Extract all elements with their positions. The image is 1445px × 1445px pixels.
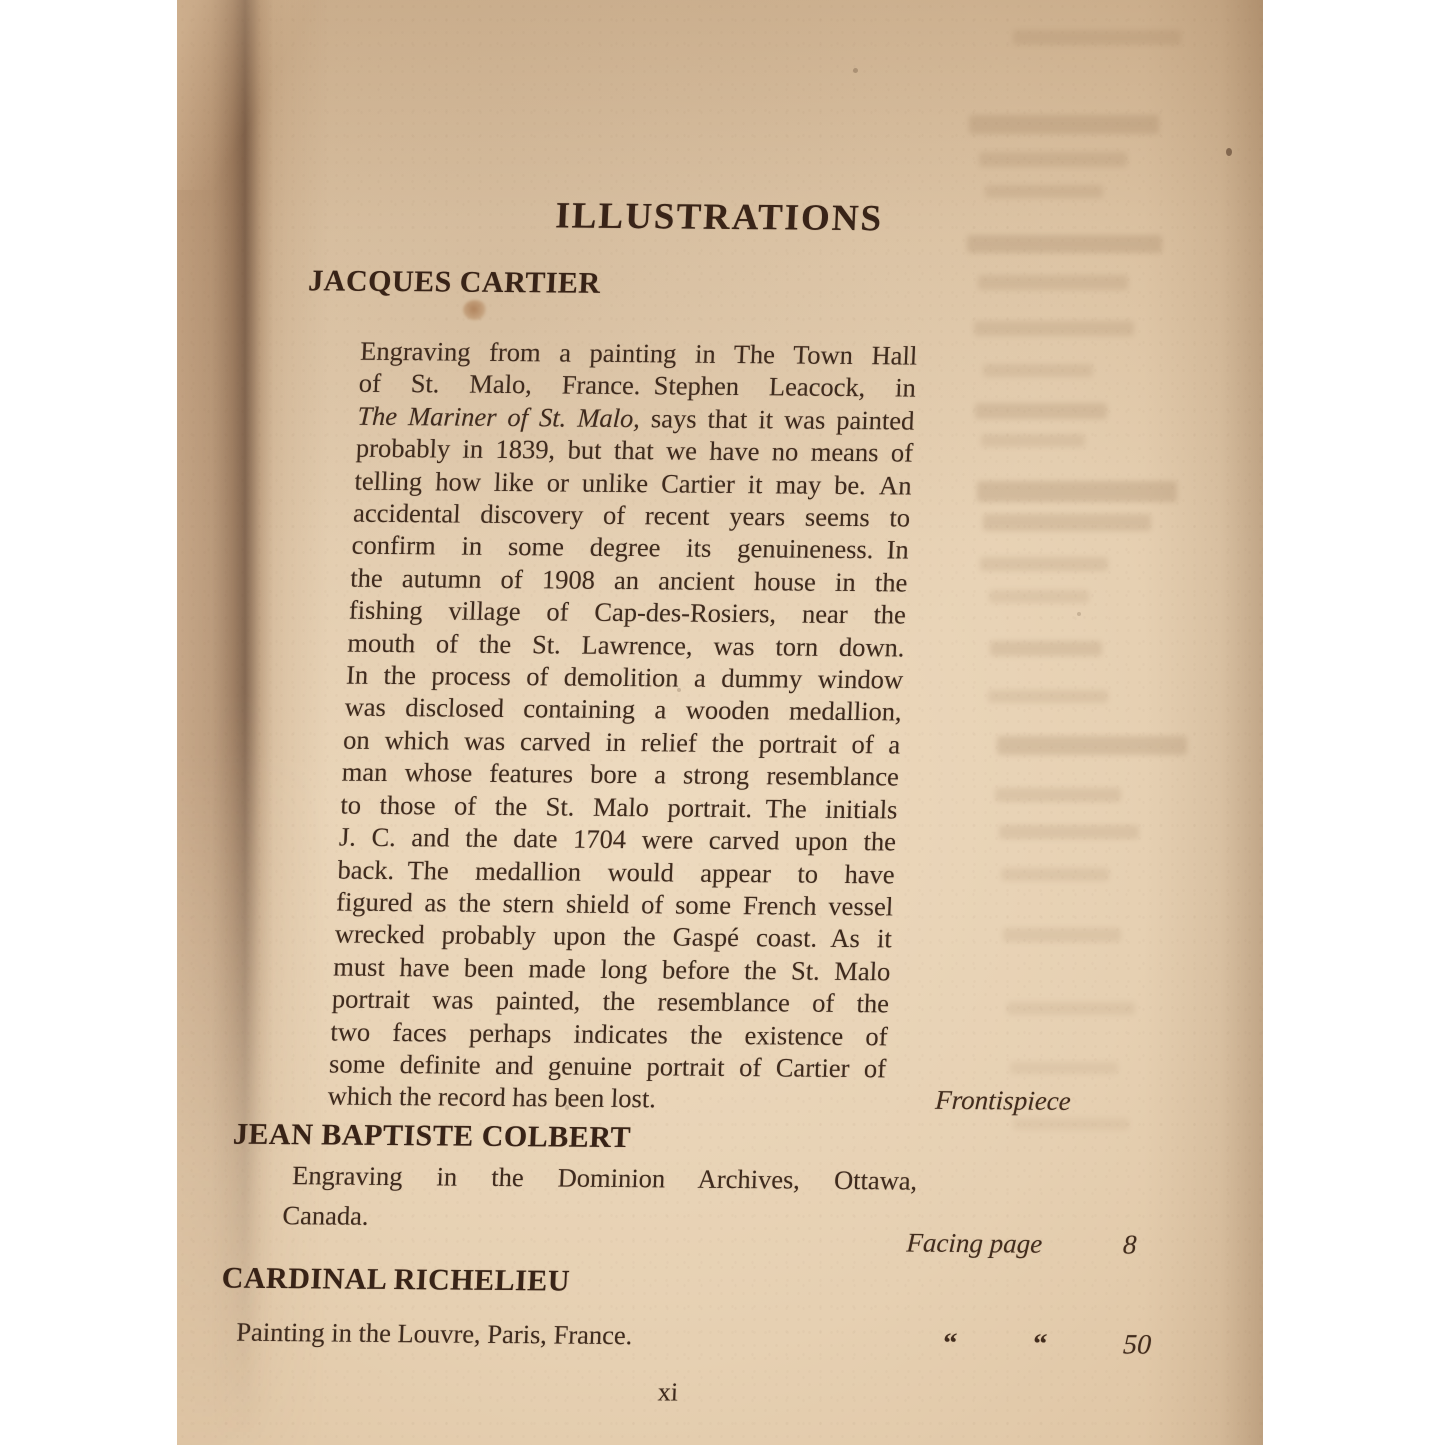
entry-heading-jean-baptiste-colbert: JEAN BAPTISTE COLBERT — [232, 1118, 631, 1155]
caption-richelieu: Painting in the Louvre, Paris, France. — [236, 1317, 633, 1351]
caption-line: accidental discovery of recent years see… — [353, 497, 911, 534]
caption-line: to those of the St. Malo portrait. The i… — [340, 788, 898, 825]
caption-line: The Mariner of St. Malo, says that it wa… — [357, 400, 915, 437]
caption-line: back. The medallion would appear to have — [337, 853, 895, 890]
product-photo: ILLUSTRATIONS JACQUES CARTIER Engraving … — [0, 0, 1445, 1445]
page-text: ILLUSTRATIONS JACQUES CARTIER Engraving … — [177, 0, 1263, 1445]
caption-line: mouth of the St. Lawrence, was torn down… — [347, 626, 905, 663]
ditto-mark: “ — [1032, 1329, 1046, 1361]
caption-line: probably in 1839, but that we have no me… — [355, 432, 913, 469]
caption-line: was disclosed containing a wooden medall… — [344, 691, 902, 728]
facing-page-label: Facing page — [906, 1228, 1043, 1260]
caption-line: of St. Malo, France. Stephen Leacock, in — [358, 367, 916, 404]
caption-line: wrecked probably upon the Gaspé coast. A… — [334, 918, 892, 955]
caption-colbert-line2: Canada. — [282, 1200, 369, 1232]
caption-line: confirm in some degree its genuineness. … — [351, 529, 909, 566]
caption-colbert-line1: Engraving in the Dominion Archives, Otta… — [292, 1160, 918, 1196]
entry-heading-jacques-cartier: JACQUES CARTIER — [308, 264, 602, 301]
caption-line: fishing village of Cap-des-Rosiers, near… — [348, 594, 906, 631]
page-number: xi — [177, 1373, 1212, 1412]
caption-line: figured as the stern shield of some Fren… — [336, 885, 894, 922]
caption-line: man whose features bore a strong resembl… — [341, 756, 899, 793]
caption-line: which the record has been lost. — [327, 1080, 885, 1117]
caption-line: must have been made long before the St. … — [333, 950, 891, 987]
caption-line: some definite and genuine portrait of Ca… — [328, 1047, 886, 1084]
caption-line: on which was carved in relief the portra… — [343, 723, 901, 760]
caption-line: In the process of demolition a dummy win… — [345, 659, 903, 696]
caption-line: telling how like or unlike Cartier it ma… — [354, 464, 912, 501]
caption-jacques-cartier: Engraving from a painting in The Town Ha… — [327, 335, 918, 1117]
caption-line: Engraving from a painting in The Town Ha… — [360, 335, 918, 372]
caption-line: two faces perhaps indicates the existenc… — [330, 1015, 888, 1052]
plate-ref-richelieu: “ “ 50 — [942, 1328, 1151, 1362]
caption-line: portrait was painted, the resemblance of… — [331, 983, 889, 1020]
facing-page-number: 50 — [1122, 1329, 1151, 1361]
ditto-mark: “ — [942, 1328, 956, 1360]
entry-heading-cardinal-richelieu: CARDINAL RICHELIEU — [221, 1262, 571, 1299]
plate-ref-colbert: Facing page 8 — [906, 1228, 1137, 1261]
plate-ref-frontispiece: Frontispiece — [935, 1085, 1072, 1117]
facing-page-number: 8 — [1122, 1229, 1137, 1260]
book-page: ILLUSTRATIONS JACQUES CARTIER Engraving … — [177, 0, 1263, 1445]
caption-line: J. C. and the date 1704 were carved upon… — [338, 821, 896, 858]
caption-line: the autumn of 1908 an ancient house in t… — [350, 561, 908, 598]
page-title: ILLUSTRATIONS — [177, 191, 1263, 243]
